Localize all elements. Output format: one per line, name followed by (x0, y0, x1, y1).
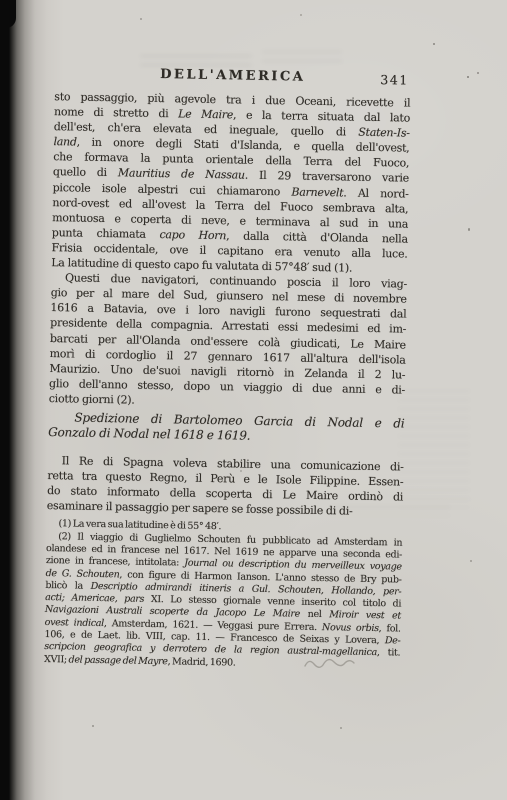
dust-speck (477, 72, 479, 74)
section-heading: Spedizione di Bartolomeo Garcia di Nodal… (48, 410, 405, 448)
scan-corner-shadow (0, 0, 16, 28)
body-paragraph-2: Questi due navigatori, continuando posci… (49, 270, 407, 412)
dust-speck (240, 470, 242, 472)
dust-speck (300, 14, 302, 16)
bleedthrough-smudge (398, 390, 470, 508)
body-paragraph-3: Il Re di Spagna voleva stabilire una com… (47, 453, 404, 520)
ink-squiggle-mark (303, 655, 359, 673)
bleedthrough-smudge (262, 51, 342, 62)
page-text-block: DELL'AMERICA 341 sto passaggio, più agev… (44, 62, 411, 672)
dust-speck (470, 560, 472, 562)
body-paragraph-1: sto passaggio, più agevole tra i due Oce… (51, 89, 410, 277)
running-header: DELL'AMERICA 341 (55, 62, 411, 94)
scanned-book-page: DELL'AMERICA 341 sto passaggio, più agev… (0, 0, 507, 800)
dust-speck (467, 76, 469, 78)
dust-speck (92, 725, 94, 727)
footnote-2: (2) Il viaggio di Guglielmo Schouten fu … (44, 531, 402, 673)
dust-speck (340, 727, 342, 729)
dust-speck (433, 43, 435, 45)
page-title: DELL'AMERICA (55, 65, 411, 87)
page-number: 341 (380, 72, 409, 88)
dust-speck (468, 228, 470, 231)
dust-speck (140, 18, 142, 20)
footnotes-block: (1) La vera sua latitudine è di 55° 48′.… (44, 518, 403, 672)
